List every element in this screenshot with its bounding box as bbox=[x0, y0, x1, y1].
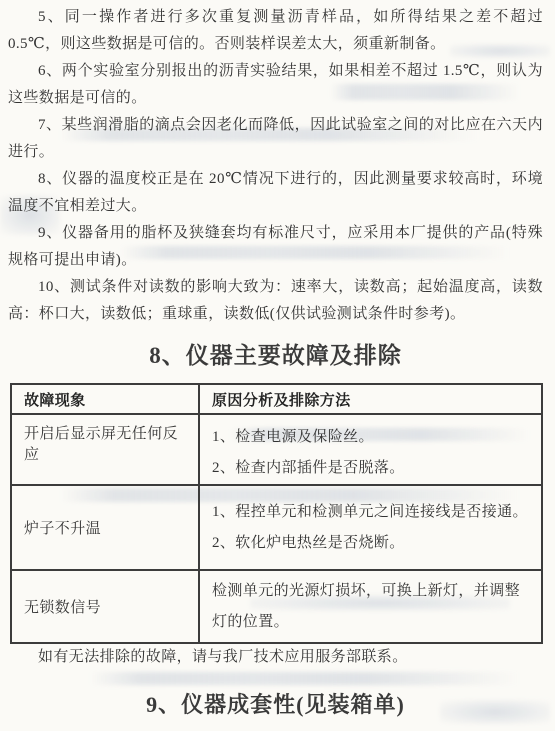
page-content: 5、同一操作者进行多次重复测量沥青样品，如所得结果之差不超过 0.5℃，则这些数… bbox=[0, 0, 555, 721]
service-contact-note: 如有无法排除的故障，请与我厂技术应用服务部联系。 bbox=[8, 644, 543, 671]
fault-table-row: 炉子不升温 1、程控单元和检测单元之间连接线是否接通。 2、软化炉电热丝是否烧断… bbox=[11, 485, 542, 570]
remedy-line: 2、检查内部插件是否脱落。 bbox=[212, 453, 531, 484]
symptom-cell: 无锁数信号 bbox=[11, 570, 199, 643]
symptom-cell: 炉子不升温 bbox=[11, 485, 199, 570]
scanned-manual-page: 5、同一操作者进行多次重复测量沥青样品，如所得结果之差不超过 0.5℃，则这些数… bbox=[0, 0, 555, 731]
note-paragraph-6: 6、两个实验室分别报出的沥青实验结果，如果相差不超过 1.5℃，则认为这些数据是… bbox=[8, 58, 543, 112]
remedy-line: 1、检查电源及保险丝。 bbox=[212, 422, 531, 453]
fault-table: 故障现象 原因分析及排除方法 开启后显示屏无任何反应 1、检查电源及保险丝。 2… bbox=[10, 383, 543, 644]
section-9-title: 9、仪器成套性(见装箱单) bbox=[8, 689, 543, 721]
fault-table-row: 开启后显示屏无任何反应 1、检查电源及保险丝。 2、检查内部插件是否脱落。 bbox=[11, 414, 542, 485]
note-paragraph-5: 5、同一操作者进行多次重复测量沥青样品，如所得结果之差不超过 0.5℃，则这些数… bbox=[8, 4, 543, 58]
note-paragraph-8: 8、仪器的温度校正是在 20℃情况下进行的，因此测量要求较高时，环境温度不宜相差… bbox=[8, 166, 543, 220]
fault-table-header-remedy: 原因分析及排除方法 bbox=[199, 384, 542, 414]
fault-table-row: 无锁数信号 检测单元的光源灯损坏，可换上新灯，并调整灯的位置。 bbox=[11, 570, 542, 643]
remedy-cell: 1、程控单元和检测单元之间连接线是否接通。 2、软化炉电热丝是否烧断。 bbox=[199, 485, 542, 570]
note-paragraph-7: 7、某些润滑脂的滴点会因老化而降低，因此试验室之间的对比应在六天内进行。 bbox=[8, 112, 543, 166]
remedy-line: 2、软化炉电热丝是否烧断。 bbox=[212, 528, 531, 559]
fault-table-header-symptom: 故障现象 bbox=[11, 384, 199, 414]
symptom-cell: 开启后显示屏无任何反应 bbox=[11, 414, 199, 485]
section-8-title: 8、仪器主要故障及排除 bbox=[8, 340, 543, 372]
note-paragraph-9: 9、仪器备用的脂杯及狭缝套均有标准尺寸，应采用本厂提供的产品(特殊规格可提出申请… bbox=[8, 220, 543, 274]
fault-table-header-row: 故障现象 原因分析及排除方法 bbox=[11, 384, 542, 414]
note-paragraph-10: 10、测试条件对读数的影响大致为：速率大，读数高；起始温度高，读数高：杯口大，读… bbox=[8, 274, 543, 328]
remedy-line: 1、程控单元和检测单元之间连接线是否接通。 bbox=[212, 497, 531, 528]
remedy-cell: 检测单元的光源灯损坏，可换上新灯，并调整灯的位置。 bbox=[199, 570, 542, 643]
remedy-line: 检测单元的光源灯损坏，可换上新灯，并调整灯的位置。 bbox=[212, 576, 531, 638]
remedy-cell: 1、检查电源及保险丝。 2、检查内部插件是否脱落。 bbox=[199, 414, 542, 485]
